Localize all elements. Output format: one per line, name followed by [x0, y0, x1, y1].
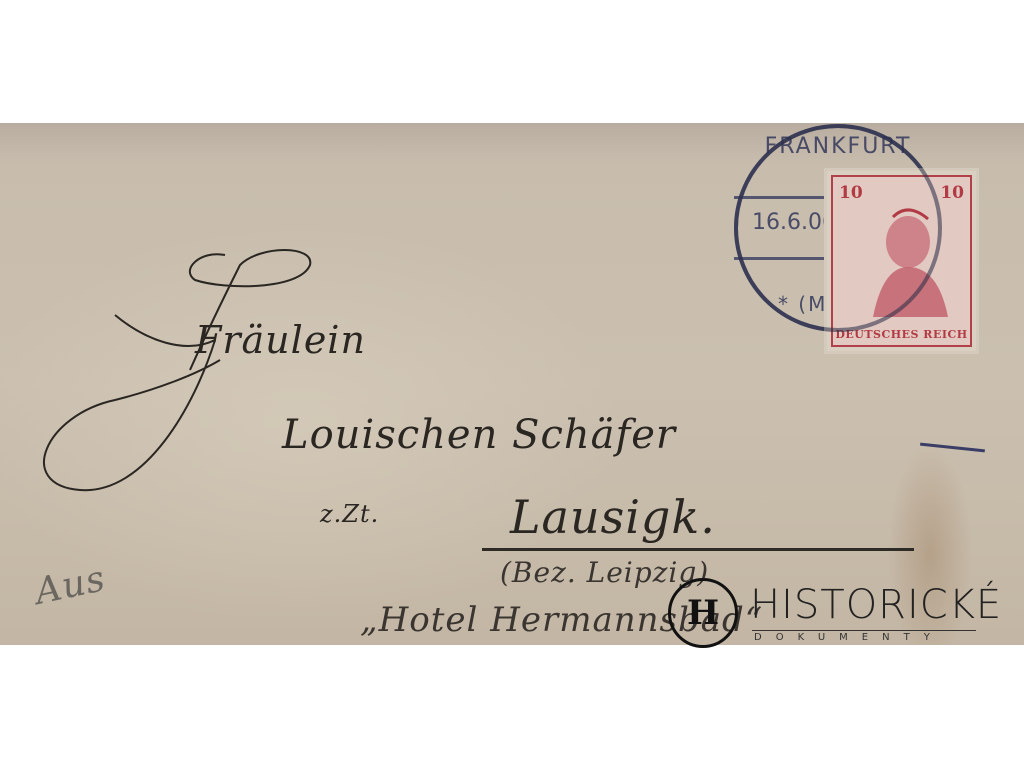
stamp-frame: 10 10 DEUTSCHES REICH [831, 175, 972, 347]
watermark-subtitle: DOKUMENTY [754, 632, 944, 643]
postmark-city: FRANKFURT [738, 134, 938, 159]
prefix-zzt: z.Zt. [320, 500, 379, 528]
watermark-title: HISTORICKÉ [750, 582, 1002, 628]
germania-portrait-icon [853, 197, 953, 317]
destination-city: Lausigk. [510, 490, 716, 544]
postage-stamp: 10 10 DEUTSCHES REICH [827, 171, 976, 351]
district: (Bez. Leipzig) [500, 556, 709, 589]
recipient-name: Louischen Schäfer [282, 412, 676, 458]
salutation: Fräulein [195, 318, 366, 362]
stamp-label: DEUTSCHES REICH [833, 328, 970, 341]
watermark-logo-icon: H [668, 578, 738, 648]
watermark-rule [752, 630, 976, 631]
city-underline [482, 548, 914, 551]
flourish-icon [25, 245, 345, 505]
